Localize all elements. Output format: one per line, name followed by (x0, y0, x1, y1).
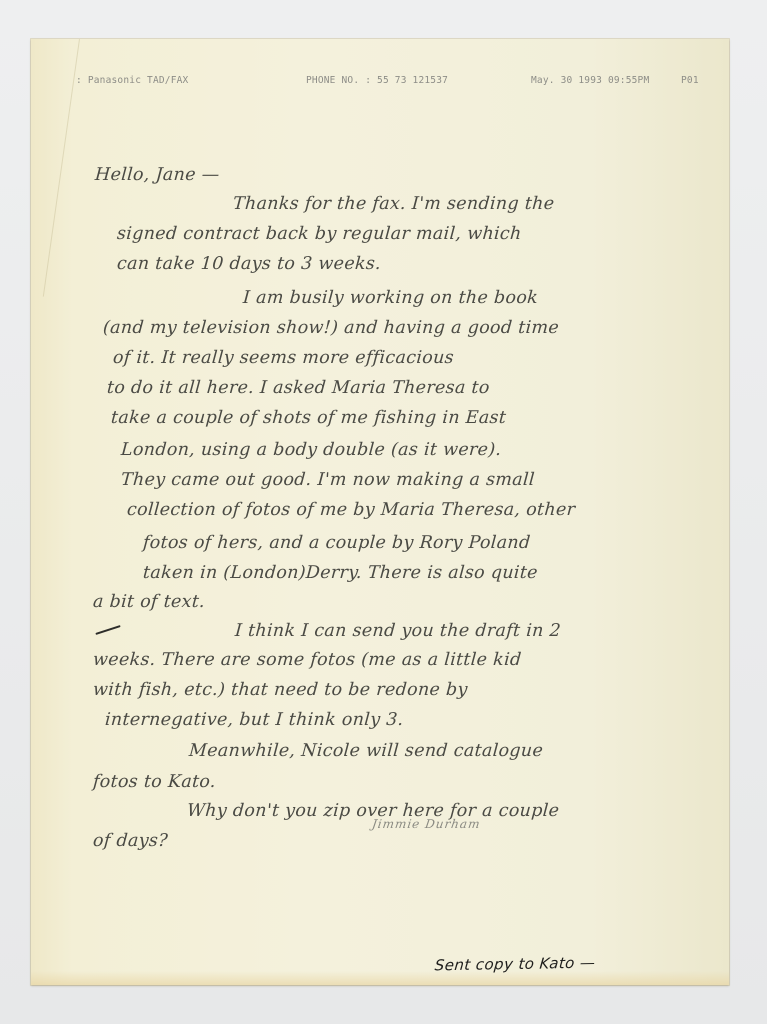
letter-line: fotos of hers, and a couple by Rory Pola… (142, 533, 531, 553)
letter-line: collection of fotos of me by Maria There… (126, 500, 576, 520)
letter-line: (and my television show!) and having a g… (102, 318, 559, 338)
fax-page: : Panasonic TAD/FAX PHONE NO. : 55 73 12… (31, 39, 729, 985)
letter-line: with fish, etc.) that need to be redone … (92, 680, 468, 700)
letter-line: weeks. There are some fotos (me as a lit… (92, 650, 522, 670)
letter-line: I am busily working on the book (242, 288, 538, 308)
letter-line: a bit of text. (92, 592, 205, 612)
letter-line: I think I can send you the draft in 2 (234, 621, 561, 641)
handwritten-letter: Hello, Jane — Thanks for the fax. I'm se… (31, 39, 729, 985)
letter-line: London, using a body double (as it were)… (120, 440, 502, 460)
letter-line: They came out good. I'm now making a sma… (120, 470, 535, 490)
handwritten-annotation: Sent copy to Kato — (434, 954, 596, 975)
letter-line: can take 10 days to 3 weeks. (116, 254, 381, 274)
letter-line: take a couple of shots of me fishing in … (110, 408, 507, 428)
letter-line: taken in (London)Derry. There is also qu… (142, 563, 538, 583)
letter-line: signed contract back by regular mail, wh… (116, 224, 522, 244)
letter-line: of days? (92, 831, 168, 851)
letter-line: Meanwhile, Nicole will send catalogue (188, 741, 544, 761)
letter-line: of it. It really seems more efficacious (112, 348, 454, 368)
letter-line: Thanks for the fax. I'm sending the (232, 194, 555, 214)
letter-line: internegative, but I think only 3. (104, 710, 404, 730)
letter-line: fotos to Kato. (92, 772, 216, 792)
signature: Jimmie Durham (371, 817, 481, 831)
letter-greeting: Hello, Jane — (94, 165, 220, 185)
letter-line: to do it all here. I asked Maria Theresa… (106, 378, 490, 398)
